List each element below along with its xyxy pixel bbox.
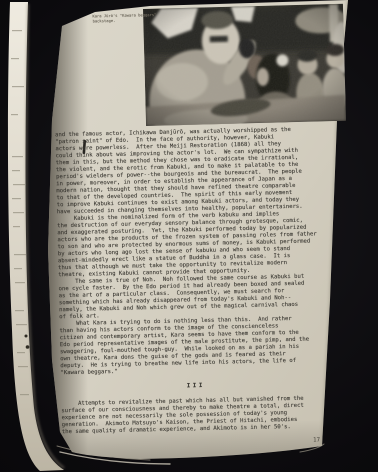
binding-speck [25,335,28,338]
book-scene [0,0,378,472]
photographed-book-page: Kara Jūrō's "Kawara beggars" backstage. … [0,0,378,472]
binding-speck [26,345,30,349]
